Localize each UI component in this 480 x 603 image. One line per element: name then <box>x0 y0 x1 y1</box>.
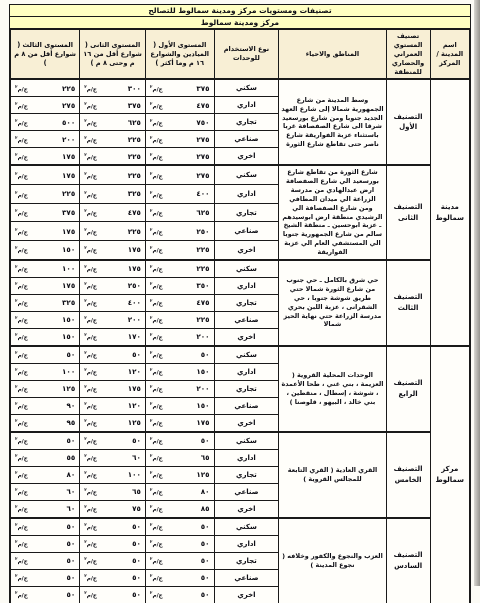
currency-unit: ج/م٢ <box>84 298 97 307</box>
price-cell-content: ٢٧٥ج/م٢ <box>11 97 79 113</box>
price-cell-content: ١٧٠ج/م٢ <box>80 329 145 345</box>
price-value: ١٥٠ <box>62 315 75 324</box>
currency-unit: ج/م٢ <box>150 590 163 599</box>
price-value: ٤٠٠ <box>196 189 209 198</box>
usage-type-cell: صناعي <box>214 131 279 148</box>
price-cell-content: ٥٠ج/م٢ <box>146 536 214 552</box>
price-value: ٥٠ <box>66 539 75 548</box>
price-cell-level3: ٩٥ج/م٢ <box>10 414 80 432</box>
currency-unit: ج/م٢ <box>84 418 97 427</box>
price-value: ٢٢٥ <box>128 135 141 144</box>
price-cell-content: ٧٥٠ج/م٢ <box>146 114 214 130</box>
price-value: ٥٠٠ <box>62 118 75 127</box>
price-cell-content: ١٠٠ج/م٢ <box>11 261 79 277</box>
price-cell-content: ٣٢٥ج/م٢ <box>80 185 145 203</box>
city-name-cell: مدينة سمالوط <box>430 79 470 345</box>
price-cell-content: ٥٠ج/م٢ <box>80 570 145 586</box>
price-value: ٣٠٠ <box>128 84 141 93</box>
currency-unit: ج/م٢ <box>150 367 163 376</box>
price-cell-content: ٣٥٠ج/م٢ <box>146 278 214 294</box>
price-cell-content: ٩٠ج/م٢ <box>11 398 79 414</box>
price-cell-content: ٥٠ج/م٢ <box>80 587 145 603</box>
price-value: ٣٧٥ <box>62 208 75 217</box>
price-cell-content: ٥٠ج/م٢ <box>11 519 79 535</box>
price-cell-level2: ٤٧٥ج/م٢ <box>80 203 146 222</box>
price-cell-level3: ٥٠ج/م٢ <box>10 569 80 586</box>
price-cell-level2: ٢٢٥ج/م٢ <box>80 131 146 148</box>
price-cell-content: ٢٠٠ج/م٢ <box>80 312 145 328</box>
currency-unit: ج/م٢ <box>150 384 163 393</box>
currency-unit: ج/م٢ <box>84 384 97 393</box>
currency-unit: ج/م٢ <box>150 208 163 217</box>
price-cell-level2: ١٢٠ج/م٢ <box>80 397 146 414</box>
usage-type-cell: اداري <box>214 97 279 114</box>
price-value: ٢٢٥ <box>196 245 209 254</box>
price-value: ٦٠ <box>132 453 141 462</box>
usage-type-cell: تجاري <box>214 294 279 311</box>
price-cell-content: ٢٠٠ج/م٢ <box>146 329 214 345</box>
price-value: ٥٠ <box>201 539 210 548</box>
price-cell-level2: ٥٠ج/م٢ <box>80 535 146 552</box>
usage-type-cell: صناعي <box>214 569 279 586</box>
price-cell-content: ٥٠ج/م٢ <box>80 536 145 552</box>
price-cell-level1: ٢٢٥ج/م٢ <box>145 241 214 260</box>
currency-unit: ج/م٢ <box>84 573 97 582</box>
price-cell-level2: ٦٠ج/م٢ <box>80 449 146 466</box>
classification-cell: التصنيف الثالث <box>386 260 430 346</box>
price-cell-level2: ٥٠ج/م٢ <box>80 432 146 450</box>
price-value: ٣٢٥ <box>128 189 141 198</box>
price-cell-level1: ٥٠ج/م٢ <box>145 432 214 450</box>
price-value: ٢٥٠ <box>196 227 209 236</box>
table-row: التصنيف الخامسالقري العادية ( القري التا… <box>10 432 470 450</box>
price-value: ٥٠ <box>201 522 210 531</box>
price-cell-content: ١٧٥ج/م٢ <box>80 381 145 397</box>
classification-cell: التصنيف الثانى <box>386 165 430 259</box>
pricing-table: اسم المدينة / المركز تصنيف المستوي العمر… <box>9 28 471 603</box>
price-value: ١٠٠ <box>62 264 75 273</box>
price-value: ٢٢٥ <box>62 189 75 198</box>
price-value: ٢٥٠ <box>128 281 141 290</box>
currency-unit: ج/م٢ <box>15 350 28 359</box>
price-cell-content: ١٥٠ج/م٢ <box>146 398 214 414</box>
price-value: ٨٥ <box>201 504 210 513</box>
price-cell-content: ١٠٠ج/م٢ <box>80 467 145 483</box>
currency-unit: ج/م٢ <box>150 190 163 199</box>
pricing-table-body: مدينة سمالوطالتصنيف الأولوسط المدينة من … <box>10 79 470 603</box>
document-sheet: تصنيفات ومستويات مركز ومدينة سمالوط للتص… <box>9 4 471 603</box>
price-value: ٢٢٥ <box>128 227 141 236</box>
price-value: ١٠٠ <box>62 367 75 376</box>
price-cell-content: ٥٠ج/م٢ <box>80 347 145 363</box>
column-header-usage: نوع الاستخدام للوحدات <box>214 29 279 79</box>
currency-unit: ج/م٢ <box>15 171 28 180</box>
price-value: ٣٢٥ <box>62 298 75 307</box>
currency-unit: ج/م٢ <box>15 453 28 462</box>
currency-unit: ج/م٢ <box>15 384 28 393</box>
area-description-cell: الوحدات المحلية القروية ( العزيمة ، بني … <box>279 346 386 432</box>
usage-type-cell: اداري <box>214 363 279 380</box>
price-value: ٢٧٥ <box>196 171 209 180</box>
price-cell-level1: ٢٢٥ج/م٢ <box>145 311 214 328</box>
currency-unit: ج/م٢ <box>84 101 97 110</box>
price-value: ٥٠ <box>66 522 75 531</box>
currency-unit: ج/م٢ <box>84 264 97 273</box>
price-cell-level2: ١٢٥ج/م٢ <box>80 414 146 432</box>
currency-unit: ج/م٢ <box>84 208 97 217</box>
price-cell-content: ٢٢٥ج/م٢ <box>11 185 79 203</box>
price-cell-content: ٥٠ج/م٢ <box>146 433 214 449</box>
price-value: ١٥٠ <box>62 332 75 341</box>
price-cell-content: ٥٠ج/م٢ <box>11 433 79 449</box>
price-cell-content: ٥٠ج/م٢ <box>80 433 145 449</box>
price-cell-content: ١٢٠ج/م٢ <box>80 364 145 380</box>
price-cell-level3: ١٠٠ج/م٢ <box>10 363 80 380</box>
price-cell-content: ٥٠ج/م٢ <box>80 553 145 569</box>
price-cell-content: ٦٥ج/م٢ <box>80 484 145 500</box>
price-cell-content: ١٧٥ج/م٢ <box>146 415 214 431</box>
currency-unit: ج/م٢ <box>15 539 28 548</box>
price-cell-content: ٦٢٥ج/م٢ <box>146 204 214 222</box>
price-cell-content: ٢٧٥ج/م٢ <box>146 166 214 184</box>
currency-unit: ج/م٢ <box>84 227 97 236</box>
price-cell-level3: ١٧٥ج/م٢ <box>10 222 80 241</box>
price-cell-level1: ٥٠ج/م٢ <box>145 552 214 569</box>
price-cell-content: ٢٥٠ج/م٢ <box>80 278 145 294</box>
price-value: ٥٠ <box>66 436 75 445</box>
price-value: ٦٥ <box>132 487 141 496</box>
price-cell-content: ٢٢٥ج/م٢ <box>80 131 145 147</box>
price-cell-level3: ٥٠ج/م٢ <box>10 518 80 536</box>
classification-cell: التصنيف الأول <box>386 79 430 165</box>
price-value: ١٧٥ <box>196 418 209 427</box>
currency-unit: ج/م٢ <box>150 281 163 290</box>
currency-unit: ج/م٢ <box>15 470 28 479</box>
currency-unit: ج/م٢ <box>84 135 97 144</box>
currency-unit: ج/م٢ <box>84 367 97 376</box>
usage-type-cell: تجاري <box>214 552 279 569</box>
price-cell-level1: ٤٠٠ج/م٢ <box>145 185 214 204</box>
currency-unit: ج/م٢ <box>84 556 97 565</box>
price-cell-level2: ١٧٥ج/م٢ <box>80 260 146 278</box>
price-cell-level2: ٣٧٥ج/م٢ <box>80 97 146 114</box>
currency-unit: ج/م٢ <box>15 101 28 110</box>
price-value: ٥٠ <box>132 350 141 359</box>
price-value: ٥٠ <box>201 436 210 445</box>
price-value: ١٥٠ <box>196 401 209 410</box>
price-value: ٥٠ <box>132 556 141 565</box>
price-cell-content: ٢٧٥ج/م٢ <box>146 131 214 147</box>
price-cell-level1: ٦٢٥ج/م٢ <box>145 203 214 222</box>
price-cell-level1: ١٧٥ج/م٢ <box>145 414 214 432</box>
usage-type-cell: اداري <box>214 185 279 204</box>
usage-type-cell: اداري <box>214 277 279 294</box>
price-cell-level1: ٢٠٠ج/م٢ <box>145 380 214 397</box>
currency-unit: ج/م٢ <box>15 332 28 341</box>
price-cell-level1: ١٥٠ج/م٢ <box>145 363 214 380</box>
price-cell-content: ١٧٥ج/م٢ <box>80 261 145 277</box>
price-cell-content: ٢٢٥ج/م٢ <box>146 312 214 328</box>
price-value: ١٧٥ <box>62 152 75 161</box>
price-value: ٣٧٥ <box>196 84 209 93</box>
price-value: ٥٠ <box>66 573 75 582</box>
price-value: ٤٠٠ <box>128 298 141 307</box>
price-cell-level2: ١٧٥ج/م٢ <box>80 380 146 397</box>
price-cell-content: ٥٠ج/م٢ <box>11 587 79 603</box>
price-cell-level1: ٢٧٥ج/م٢ <box>145 148 214 166</box>
price-value: ١٢٥ <box>62 384 75 393</box>
price-cell-level1: ٢٢٥ج/م٢ <box>145 260 214 278</box>
area-description-cell: القري العادية ( القري التابعة للمجالس ال… <box>279 432 386 518</box>
currency-unit: ج/م٢ <box>15 418 28 427</box>
price-value: ١٢٥ <box>196 470 209 479</box>
area-description-cell: حي شرق بالكامل ـ حي جنوب من شارع الثورة … <box>279 260 386 346</box>
usage-type-cell: سكني <box>214 432 279 450</box>
price-cell-content: ٥٥ج/م٢ <box>11 450 79 466</box>
price-cell-level3: ١٧٥ج/م٢ <box>10 277 80 294</box>
price-value: ٥٥ <box>66 453 75 462</box>
price-cell-content: ٩٥ج/م٢ <box>11 415 79 431</box>
price-value: ٨٠ <box>201 487 210 496</box>
currency-unit: ج/م٢ <box>150 436 163 445</box>
price-value: ٢٢٥ <box>196 315 209 324</box>
currency-unit: ج/م٢ <box>15 504 28 513</box>
currency-unit: ج/م٢ <box>15 84 28 93</box>
currency-unit: ج/م٢ <box>15 487 28 496</box>
area-description-cell: العزب والنجوع والكفور وخلافه ( نجوع المد… <box>279 518 386 603</box>
currency-unit: ج/م٢ <box>15 367 28 376</box>
price-value: ٧٥ <box>132 504 141 513</box>
currency-unit: ج/م٢ <box>84 436 97 445</box>
price-value: ٥٠ <box>66 556 75 565</box>
usage-type-cell: صناعي <box>214 311 279 328</box>
currency-unit: ج/م٢ <box>150 152 163 161</box>
price-value: ١٢٠ <box>128 367 141 376</box>
currency-unit: ج/م٢ <box>15 298 28 307</box>
currency-unit: ج/م٢ <box>150 453 163 462</box>
price-cell-level3: ١٧٥ج/م٢ <box>10 148 80 166</box>
price-value: ٩٥ <box>66 418 75 427</box>
price-cell-content: ١٢٠ج/م٢ <box>80 398 145 414</box>
price-cell-content: ١٢٥ج/م٢ <box>11 381 79 397</box>
price-cell-level1: ٨٥ج/م٢ <box>145 500 214 518</box>
price-cell-content: ٢٢٥ج/م٢ <box>80 148 145 164</box>
price-cell-level3: ١٥٠ج/م٢ <box>10 311 80 328</box>
price-value: ٢٠٠ <box>196 332 209 341</box>
price-cell-content: ٣٠٠ج/م٢ <box>80 80 145 96</box>
price-cell-content: ٦٢٥ج/م٢ <box>80 114 145 130</box>
currency-unit: ج/م٢ <box>15 152 28 161</box>
price-cell-content: ١٢٥ج/م٢ <box>80 415 145 431</box>
price-cell-content: ٨٠ج/م٢ <box>146 484 214 500</box>
price-cell-content: ١٥٠ج/م٢ <box>11 312 79 328</box>
price-value: ٥٠ <box>66 350 75 359</box>
currency-unit: ج/م٢ <box>84 350 97 359</box>
usage-type-cell: سكني <box>214 165 279 184</box>
price-value: ٣٧٥ <box>128 101 141 110</box>
price-cell-level2: ٢٠٠ج/م٢ <box>80 311 146 328</box>
price-cell-content: ٤٧٥ج/م٢ <box>146 97 214 113</box>
price-cell-level2: ١٠٠ج/م٢ <box>80 466 146 483</box>
price-cell-level2: ١٧٥ج/م٢ <box>80 241 146 260</box>
price-value: ٢٠٠ <box>196 384 209 393</box>
price-value: ٢٢٥ <box>62 84 75 93</box>
price-cell-level1: ٢٥٠ج/م٢ <box>145 222 214 241</box>
price-cell-level3: ٩٠ج/م٢ <box>10 397 80 414</box>
currency-unit: ج/م٢ <box>150 227 163 236</box>
price-value: ١٧٥ <box>62 281 75 290</box>
price-value: ٢٧٥ <box>196 152 209 161</box>
price-cell-content: ٦٠ج/م٢ <box>80 450 145 466</box>
scan-page-edge-shadow <box>474 0 480 586</box>
price-cell-level3: ١٠٠ج/م٢ <box>10 260 80 278</box>
price-value: ٥٠ <box>132 522 141 531</box>
price-cell-level3: ٢٢٥ج/م٢ <box>10 185 80 204</box>
currency-unit: ج/م٢ <box>84 522 97 531</box>
currency-unit: ج/م٢ <box>15 556 28 565</box>
currency-unit: ج/م٢ <box>84 332 97 341</box>
usage-type-cell: اخري <box>214 500 279 518</box>
currency-unit: ج/م٢ <box>150 573 163 582</box>
price-cell-content: ٣٧٥ج/م٢ <box>146 80 214 96</box>
area-description-cell: شارع الثورة من تقاطع شارع بورسعيد الي شا… <box>279 165 386 259</box>
usage-type-cell: تجاري <box>214 466 279 483</box>
price-cell-level1: ٤٧٥ج/م٢ <box>145 97 214 114</box>
table-row: التصنيف الثانىشارع الثورة من تقاطع شارع … <box>10 165 470 184</box>
price-value: ٦٢٥ <box>128 118 141 127</box>
price-cell-content: ١٠٠ج/م٢ <box>11 364 79 380</box>
price-cell-content: ٢٢٥ج/م٢ <box>146 261 214 277</box>
currency-unit: ج/م٢ <box>15 315 28 324</box>
currency-unit: ج/م٢ <box>84 190 97 199</box>
currency-unit: ج/م٢ <box>84 315 97 324</box>
price-value: ١٢٥ <box>128 418 141 427</box>
price-cell-level1: ٦٥ج/م٢ <box>145 449 214 466</box>
price-cell-level3: ٥٥ج/م٢ <box>10 449 80 466</box>
currency-unit: ج/م٢ <box>150 118 163 127</box>
price-cell-level1: ٤٧٥ج/م٢ <box>145 294 214 311</box>
price-value: ٧٥٠ <box>196 118 209 127</box>
price-cell-content: ٢٠٠ج/م٢ <box>146 381 214 397</box>
currency-unit: ج/م٢ <box>15 281 28 290</box>
price-cell-level3: ٥٠ج/م٢ <box>10 535 80 552</box>
usage-type-cell: صناعي <box>214 222 279 241</box>
price-value: ٥٠ <box>66 590 75 599</box>
currency-unit: ج/م٢ <box>150 418 163 427</box>
price-value: ٥٠ <box>132 590 141 599</box>
currency-unit: ج/م٢ <box>150 470 163 479</box>
price-value: ٥٠ <box>201 573 210 582</box>
currency-unit: ج/م٢ <box>150 522 163 531</box>
classification-cell: التصنيف السادس <box>386 518 430 603</box>
usage-type-cell: سكني <box>214 260 279 278</box>
classification-cell: التصنيف الرابع <box>386 346 430 432</box>
currency-unit: ج/م٢ <box>84 470 97 479</box>
price-cell-content: ١٧٥ج/م٢ <box>11 148 79 164</box>
price-cell-content: ٧٥ج/م٢ <box>80 501 145 517</box>
price-cell-level3: ٣٧٥ج/م٢ <box>10 203 80 222</box>
column-header-level1: المستوى الأول ( الميادين والشوارع ١٦ م و… <box>145 29 214 79</box>
price-value: ٣٥٠ <box>196 281 209 290</box>
price-cell-level3: ٣٢٥ج/م٢ <box>10 294 80 311</box>
currency-unit: ج/م٢ <box>15 264 28 273</box>
price-value: ٤٧٥ <box>196 101 209 110</box>
price-cell-level2: ٣٠٠ج/م٢ <box>80 79 146 97</box>
price-cell-content: ٢٥٠ج/م٢ <box>146 222 214 240</box>
price-cell-content: ١٧٥ج/م٢ <box>80 241 145 259</box>
price-cell-level3: ٢٠٠ج/م٢ <box>10 131 80 148</box>
table-row: مدينة سمالوطالتصنيف الأولوسط المدينة من … <box>10 79 470 97</box>
price-cell-level3: ١٥٠ج/م٢ <box>10 241 80 260</box>
price-cell-level2: ١٢٠ج/م٢ <box>80 363 146 380</box>
currency-unit: ج/م٢ <box>15 522 28 531</box>
price-cell-level3: ٥٠ج/م٢ <box>10 586 80 603</box>
price-value: ٢٢٥ <box>196 264 209 273</box>
price-value: ١٥٠ <box>196 367 209 376</box>
usage-type-cell: اخري <box>214 414 279 432</box>
price-cell-content: ٥٠ج/م٢ <box>11 347 79 363</box>
table-header-row: اسم المدينة / المركز تصنيف المستوي العمر… <box>10 29 470 79</box>
price-cell-content: ٥٠ج/م٢ <box>146 570 214 586</box>
classification-cell: التصنيف الخامس <box>386 432 430 518</box>
currency-unit: ج/م٢ <box>84 171 97 180</box>
price-cell-content: ٢٢٥ج/م٢ <box>80 222 145 240</box>
usage-type-cell: اخري <box>214 586 279 603</box>
currency-unit: ج/م٢ <box>84 453 97 462</box>
price-cell-content: ٤٧٥ج/م٢ <box>80 204 145 222</box>
price-cell-content: ٦٥ج/م٢ <box>146 450 214 466</box>
price-cell-level2: ٢٥٠ج/م٢ <box>80 277 146 294</box>
price-cell-content: ٢٧٥ج/م٢ <box>146 148 214 164</box>
usage-type-cell: تجاري <box>214 114 279 131</box>
price-cell-level3: ٥٠٠ج/م٢ <box>10 114 80 131</box>
currency-unit: ج/م٢ <box>84 590 97 599</box>
price-cell-content: ٤٠٠ج/م٢ <box>146 185 214 203</box>
price-cell-level2: ٦٢٥ج/م٢ <box>80 114 146 131</box>
price-value: ٨٠ <box>66 470 75 479</box>
currency-unit: ج/م٢ <box>150 350 163 359</box>
price-cell-content: ٥٠ج/م٢ <box>11 536 79 552</box>
price-cell-level2: ٥٠ج/م٢ <box>80 586 146 603</box>
currency-unit: ج/م٢ <box>150 84 163 93</box>
usage-type-cell: اخري <box>214 148 279 166</box>
price-value: ٥٠ <box>132 573 141 582</box>
price-cell-content: ٤٧٥ج/م٢ <box>146 295 214 311</box>
currency-unit: ج/م٢ <box>84 281 97 290</box>
price-cell-content: ٢٢٥ج/م٢ <box>146 241 214 259</box>
column-header-level2: المستوى الثانى ( شوارع أقل من ١٦ م وحتى … <box>80 29 146 79</box>
price-value: ٦٥ <box>201 453 210 462</box>
price-cell-level3: ٦٠ج/م٢ <box>10 500 80 518</box>
currency-unit: ج/م٢ <box>15 190 28 199</box>
table-row: مركز سمالوطالتصنيف الرابعالوحدات المحلية… <box>10 346 470 364</box>
price-value: ١٧٥ <box>62 227 75 236</box>
price-cell-content: ٢٢٥ج/م٢ <box>11 80 79 96</box>
currency-unit: ج/م٢ <box>15 227 28 236</box>
currency-unit: ج/م٢ <box>15 245 28 254</box>
price-cell-level2: ٢٢٥ج/م٢ <box>80 222 146 241</box>
currency-unit: ج/م٢ <box>150 264 163 273</box>
currency-unit: ج/م٢ <box>150 556 163 565</box>
price-cell-content: ١٥٠ج/م٢ <box>11 241 79 259</box>
price-cell-level1: ٥٠ج/م٢ <box>145 346 214 364</box>
price-cell-level2: ١٧٠ج/م٢ <box>80 328 146 346</box>
price-value: ٢٠٠ <box>128 315 141 324</box>
currency-unit: ج/م٢ <box>15 208 28 217</box>
price-cell-level2: ٢٢٥ج/م٢ <box>80 165 146 184</box>
price-cell-content: ٣٧٥ج/م٢ <box>80 97 145 113</box>
price-cell-level2: ٥٠ج/م٢ <box>80 518 146 536</box>
